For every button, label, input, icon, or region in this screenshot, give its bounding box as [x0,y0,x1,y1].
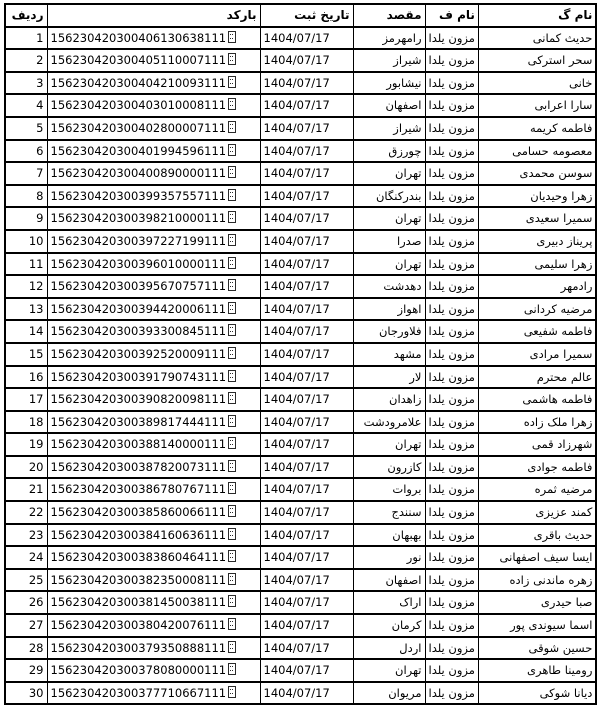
cell-row-number[interactable]: 18 [5,411,47,434]
barcode-value: 156230420300380420076111 [51,618,227,632]
cell-barcode[interactable]: 156230420300402800007111 [47,117,260,140]
missing-glyph-box-icon [228,257,236,269]
cell-name-f[interactable]: مزون یلدا [425,207,478,230]
barcode-value: 156230420300401994596111 [51,144,227,158]
table-row: صبا حیدری مزون یلدا اراک 1404/07/17 1562… [5,591,596,614]
spreadsheet-area: نام گ نام ف مقصد تاریخ ثبت بارکد ردیف حد… [4,3,600,705]
table-row: ایسا سیف اصفهانی مزون یلدا نور 1404/07/1… [5,546,596,569]
cell-row-number[interactable]: 26 [5,591,47,614]
cell-register-date[interactable]: 1404/07/17 [260,27,353,50]
table-row: سمیرا مرادی مزون یلدا مشهد 1404/07/17 15… [5,343,596,366]
cell-register-date[interactable]: 1404/07/17 [260,185,353,208]
missing-glyph-box-icon [228,347,236,359]
cell-destination[interactable]: تهران [353,162,425,185]
table-body: حدیث کمانی مزون یلدا رامهرمز 1404/07/17 … [5,27,596,705]
missing-glyph-box-icon [228,189,236,201]
cell-name-g[interactable]: فاطمه جوادی [478,456,596,479]
cell-name-f[interactable]: مزون یلدا [425,478,478,501]
cell-register-date[interactable]: 1404/07/17 [260,411,353,434]
missing-glyph-box-icon [228,482,236,494]
cell-barcode[interactable]: 156230420300388140000111 [47,433,260,456]
cell-row-number[interactable]: 13 [5,298,47,321]
cell-destination[interactable]: نور [353,546,425,569]
cell-row-number[interactable]: 14 [5,320,47,343]
cell-name-f[interactable]: مزون یلدا [425,343,478,366]
cell-barcode[interactable]: 156230420300393300845111 [47,320,260,343]
cell-name-f[interactable]: مزون یلدا [425,524,478,547]
cell-barcode[interactable]: 156230420300398210000111 [47,207,260,230]
cell-barcode[interactable]: 156230420300378080000111 [47,659,260,682]
cell-destination[interactable]: اصفهان [353,569,425,592]
barcode-value: 156230420300388140000111 [51,437,227,451]
cell-name-g[interactable]: رادمهر [478,275,596,298]
cell-name-f[interactable]: مزون یلدا [425,320,478,343]
cell-register-date[interactable]: 1404/07/17 [260,72,353,95]
cell-destination[interactable]: رامهرمز [353,27,425,50]
cell-register-date[interactable]: 1404/07/17 [260,343,353,366]
cell-barcode[interactable]: 156230420300380420076111 [47,614,260,637]
cell-name-g[interactable]: حدیث کمانی [478,27,596,50]
cell-name-g[interactable]: پریناز دبیری [478,230,596,253]
cell-name-f[interactable]: مزون یلدا [425,94,478,117]
table-row: اسما سیوندی پور مزون یلدا کرمان 1404/07/… [5,614,596,637]
cell-register-date[interactable]: 1404/07/17 [260,366,353,389]
cell-barcode[interactable]: 156230420300389817444111 [47,411,260,434]
cell-barcode[interactable]: 156230420300390820098111 [47,388,260,411]
table-row: فاطمه هاشمی مزون یلدا زاهدان 1404/07/17 … [5,388,596,411]
cell-destination[interactable]: اردل [353,637,425,660]
cell-row-number[interactable]: 23 [5,524,47,547]
missing-glyph-box-icon [228,415,236,427]
cell-name-g[interactable]: معصومه حسامی [478,140,596,163]
missing-glyph-box-icon [228,550,236,562]
cell-row-number[interactable]: 21 [5,478,47,501]
table-row: مرضیه کردانی مزون یلدا اهواز 1404/07/17 … [5,298,596,321]
missing-glyph-box-icon [228,211,236,223]
cell-destination[interactable]: اهواز [353,298,425,321]
cell-name-g[interactable]: زهرا ملک زاده [478,411,596,434]
cell-register-date[interactable]: 1404/07/17 [260,591,353,614]
cell-name-g[interactable]: سارا اعرابی [478,94,596,117]
missing-glyph-box-icon [228,234,236,246]
cell-row-number[interactable]: 24 [5,546,47,569]
column-header-register-date[interactable]: تاریخ ثبت [260,4,353,27]
barcode-value: 156230420300393300845111 [51,324,227,338]
missing-glyph-box-icon [228,76,236,88]
barcode-value: 156230420300382350008111 [51,573,227,587]
cell-destination[interactable]: کرمان [353,614,425,637]
cell-name-f[interactable]: مزون یلدا [425,388,478,411]
cell-row-number[interactable]: 10 [5,230,47,253]
cell-name-f[interactable]: مزون یلدا [425,185,478,208]
column-header-row-number[interactable]: ردیف [5,4,47,27]
column-header-name-f[interactable]: نام ف [425,4,478,27]
cell-row-number[interactable]: 15 [5,343,47,366]
cell-register-date[interactable]: 1404/07/17 [260,275,353,298]
barcode-value: 156230420300377710667111 [51,686,227,700]
cell-register-date[interactable]: 1404/07/17 [260,659,353,682]
cell-row-number[interactable]: 1 [5,27,47,50]
cell-name-g[interactable]: زهرا سلیمی [478,253,596,276]
cell-row-number[interactable]: 6 [5,140,47,163]
cell-name-f[interactable]: مزون یلدا [425,501,478,524]
missing-glyph-box-icon [228,641,236,653]
barcode-value: 156230420300397227199111 [51,234,227,248]
barcode-value: 156230420300398210000111 [51,211,227,225]
cell-barcode[interactable]: 156230420300383860464111 [47,546,260,569]
cell-register-date[interactable]: 1404/07/17 [260,298,353,321]
cell-barcode[interactable]: 156230420300405110007111 [47,49,260,72]
cell-name-g[interactable]: فاطمه هاشمی [478,388,596,411]
table-row: حدیث باقری مزون یلدا بهبهان 1404/07/17 1… [5,524,596,547]
header-row: نام گ نام ف مقصد تاریخ ثبت بارکد ردیف [5,4,596,27]
barcode-value: 156230420300395670757111 [51,279,227,293]
cell-destination[interactable]: اراک [353,591,425,614]
cell-name-f[interactable]: مزون یلدا [425,72,478,95]
table-row: کمند عزیزی مزون یلدا سنندج 1404/07/17 15… [5,501,596,524]
cell-name-g[interactable]: دیانا شوکی [478,682,596,705]
cell-barcode[interactable]: 156230420300401994596111 [47,140,260,163]
cell-destination[interactable]: مریوان [353,682,425,705]
cell-destination[interactable]: شیراز [353,49,425,72]
cell-barcode[interactable]: 156230420300397227199111 [47,230,260,253]
cell-register-date[interactable]: 1404/07/17 [260,614,353,637]
cell-name-f[interactable]: مزون یلدا [425,162,478,185]
cell-row-number[interactable]: 20 [5,456,47,479]
cell-row-number[interactable]: 22 [5,501,47,524]
cell-name-f[interactable]: مزون یلدا [425,117,478,140]
barcode-value: 156230420300394420006111 [51,302,227,316]
cell-barcode[interactable]: 156230420300400890000111 [47,162,260,185]
cell-destination[interactable]: زاهدان [353,388,425,411]
cell-destination[interactable]: تهران [353,433,425,456]
barcode-value: 156230420300399357557111 [51,189,227,203]
cell-row-number[interactable]: 8 [5,185,47,208]
cell-barcode[interactable]: 156230420300386780767111 [47,478,260,501]
cell-barcode[interactable]: 156230420300403010008111 [47,94,260,117]
cell-name-f[interactable]: مزون یلدا [425,140,478,163]
cell-name-f[interactable]: مزون یلدا [425,433,478,456]
table-row: زهره ماندنی زاده مزون یلدا اصفهان 1404/0… [5,569,596,592]
cell-name-f[interactable]: مزون یلدا [425,49,478,72]
barcode-value: 156230420300389817444111 [51,415,227,429]
barcode-value: 156230420300402800007111 [51,121,227,135]
missing-glyph-box-icon [228,528,236,540]
cell-name-g[interactable]: عالم محترم [478,366,596,389]
cell-barcode[interactable]: 156230420300384160636111 [47,524,260,547]
table-row: زهرا وحیدیان مزون یلدا بندرکنگان 1404/07… [5,185,596,208]
table-row: سارا اعرابی مزون یلدا اصفهان 1404/07/17 … [5,94,596,117]
missing-glyph-box-icon [228,437,236,449]
barcode-value: 156230420300383860464111 [51,550,227,564]
cell-row-number[interactable]: 5 [5,117,47,140]
cell-register-date[interactable]: 1404/07/17 [260,230,353,253]
table-row: شهرزاد قمی مزون یلدا تهران 1404/07/17 15… [5,433,596,456]
cell-barcode[interactable]: 156230420300385860066111 [47,501,260,524]
missing-glyph-box-icon [228,686,236,698]
cell-name-f[interactable]: مزون یلدا [425,230,478,253]
cell-destination[interactable]: مشهد [353,343,425,366]
missing-glyph-box-icon [228,121,236,133]
cell-name-f[interactable]: مزون یلدا [425,366,478,389]
column-header-name-g[interactable]: نام گ [478,4,596,27]
table-row: حسین شوقی مزون یلدا اردل 1404/07/17 1562… [5,637,596,660]
cell-register-date[interactable]: 1404/07/17 [260,140,353,163]
cell-destination[interactable]: صدرا [353,230,425,253]
barcode-value: 156230420300392520009111 [51,347,227,361]
barcode-value: 156230420300381450038111 [51,595,227,609]
cell-name-g[interactable]: فاطمه کریمه [478,117,596,140]
cell-destination[interactable]: تهران [353,207,425,230]
cell-row-number[interactable]: 11 [5,253,47,276]
cell-name-g[interactable]: سوسن محمدی [478,162,596,185]
cell-name-f[interactable]: مزون یلدا [425,637,478,660]
table-row: خانی مزون یلدا نیشابور 1404/07/17 156230… [5,72,596,95]
cell-row-number[interactable]: 4 [5,94,47,117]
missing-glyph-box-icon [228,573,236,585]
missing-glyph-box-icon [228,618,236,630]
cell-name-f[interactable]: مزون یلدا [425,591,478,614]
cell-name-f[interactable]: مزون یلدا [425,546,478,569]
missing-glyph-box-icon [228,166,236,178]
cell-destination[interactable]: نیشابور [353,72,425,95]
cell-destination[interactable]: فلاورجان [353,320,425,343]
cell-name-f[interactable]: مزون یلدا [425,614,478,637]
cell-destination[interactable]: تهران [353,659,425,682]
column-header-barcode[interactable]: بارکد [47,4,260,27]
cell-register-date[interactable]: 1404/07/17 [260,388,353,411]
table-row: معصومه حسامی مزون یلدا چورزق 1404/07/17 … [5,140,596,163]
cell-register-date[interactable]: 1404/07/17 [260,478,353,501]
cell-name-g[interactable]: خانی [478,72,596,95]
table-row: دیانا شوکی مزون یلدا مریوان 1404/07/17 1… [5,682,596,705]
cell-row-number[interactable]: 17 [5,388,47,411]
cell-destination[interactable]: اصفهان [353,94,425,117]
cell-name-g[interactable]: ایسا سیف اصفهانی [478,546,596,569]
cell-register-date[interactable]: 1404/07/17 [260,524,353,547]
column-header-destination[interactable]: مقصد [353,4,425,27]
missing-glyph-box-icon [228,53,236,65]
barcode-value: 156230420300405110007111 [51,53,227,67]
missing-glyph-box-icon [228,279,236,291]
table-row: عالم محترم مزون یلدا لار 1404/07/17 1562… [5,366,596,389]
barcode-value: 156230420300390820098111 [51,392,227,406]
cell-row-number[interactable]: 9 [5,207,47,230]
cell-destination[interactable]: لار [353,366,425,389]
cell-destination[interactable]: شیراز [353,117,425,140]
cell-row-number[interactable]: 3 [5,72,47,95]
cell-name-g[interactable]: زهرا وحیدیان [478,185,596,208]
cell-register-date[interactable]: 1404/07/17 [260,637,353,660]
missing-glyph-box-icon [228,460,236,472]
cell-name-f[interactable]: مزون یلدا [425,298,478,321]
cell-destination[interactable]: دهدشت [353,275,425,298]
cell-destination[interactable]: سنندج [353,501,425,524]
cell-row-number[interactable]: 30 [5,682,47,705]
missing-glyph-box-icon [228,98,236,110]
cell-register-date[interactable]: 1404/07/17 [260,456,353,479]
cell-row-number[interactable]: 2 [5,49,47,72]
missing-glyph-box-icon [228,392,236,404]
cell-barcode[interactable]: 156230420300377710667111 [47,682,260,705]
barcode-value: 156230420300378080000111 [51,663,227,677]
barcode-value: 156230420300379350888111 [51,641,227,655]
table-row: فاطمه جوادی مزون یلدا کازرون 1404/07/17 … [5,456,596,479]
cell-destination[interactable]: بروات [353,478,425,501]
cell-name-f[interactable]: مزون یلدا [425,27,478,50]
cell-row-number[interactable]: 27 [5,614,47,637]
cell-name-g[interactable]: زهره ماندنی زاده [478,569,596,592]
cell-destination[interactable]: بهبهان [353,524,425,547]
cell-row-number[interactable]: 29 [5,659,47,682]
barcode-value: 156230420300385860066111 [51,505,227,519]
cell-barcode[interactable]: 156230420300391790743111 [47,366,260,389]
table-row: رومینا طاهری مزون یلدا تهران 1404/07/17 … [5,659,596,682]
table-row: مرضیه ثمره مزون یلدا بروات 1404/07/17 15… [5,478,596,501]
cell-name-g[interactable]: فاطمه شفیعی [478,320,596,343]
cell-register-date[interactable]: 1404/07/17 [260,501,353,524]
cell-register-date[interactable]: 1404/07/17 [260,207,353,230]
cell-barcode[interactable]: 156230420300396010000111 [47,253,260,276]
cell-name-g[interactable]: حسین شوقی [478,637,596,660]
missing-glyph-box-icon [228,505,236,517]
cell-name-g[interactable]: صبا حیدری [478,591,596,614]
missing-glyph-box-icon [228,302,236,314]
shipments-table: نام گ نام ف مقصد تاریخ ثبت بارکد ردیف حد… [4,3,597,705]
barcode-value: 156230420300386780767111 [51,482,227,496]
cell-register-date[interactable]: 1404/07/17 [260,94,353,117]
cell-destination[interactable]: بندرکنگان [353,185,425,208]
table-row: فاطمه کریمه مزون یلدا شیراز 1404/07/17 1… [5,117,596,140]
cell-name-f[interactable]: مزون یلدا [425,275,478,298]
cell-name-g[interactable]: سمیرا سعیدی [478,207,596,230]
cell-name-g[interactable]: سمیرا مرادی [478,343,596,366]
cell-register-date[interactable]: 1404/07/17 [260,49,353,72]
table-row: سحر استرکی مزون یلدا شیراز 1404/07/17 15… [5,49,596,72]
cell-row-number[interactable]: 25 [5,569,47,592]
table-row: حدیث کمانی مزون یلدا رامهرمز 1404/07/17 … [5,27,596,50]
cell-destination[interactable]: چورزق [353,140,425,163]
cell-destination[interactable]: علامرودشت [353,411,425,434]
table-row: سوسن محمدی مزون یلدا تهران 1404/07/17 15… [5,162,596,185]
cell-register-date[interactable]: 1404/07/17 [260,682,353,705]
cell-name-g[interactable]: حدیث باقری [478,524,596,547]
cell-name-f[interactable]: مزون یلدا [425,456,478,479]
table-row: فاطمه شفیعی مزون یلدا فلاورجان 1404/07/1… [5,320,596,343]
cell-barcode[interactable]: 156230420300379350888111 [47,637,260,660]
cell-row-number[interactable]: 7 [5,162,47,185]
cell-register-date[interactable]: 1404/07/17 [260,162,353,185]
table-row: رادمهر مزون یلدا دهدشت 1404/07/17 156230… [5,275,596,298]
cell-destination[interactable]: تهران [353,253,425,276]
barcode-value: 156230420300384160636111 [51,528,227,542]
cell-register-date[interactable]: 1404/07/17 [260,546,353,569]
barcode-value: 156230420300406130638111 [51,31,227,45]
cell-register-date[interactable]: 1404/07/17 [260,320,353,343]
cell-name-g[interactable]: مرضیه ثمره [478,478,596,501]
table-row: پریناز دبیری مزون یلدا صدرا 1404/07/17 1… [5,230,596,253]
cell-name-f[interactable]: مزون یلدا [425,411,478,434]
barcode-value: 156230420300400890000111 [51,166,227,180]
barcode-value: 156230420300387820073111 [51,460,227,474]
table-row: زهرا سلیمی مزون یلدا تهران 1404/07/17 15… [5,253,596,276]
cell-barcode[interactable]: 156230420300387820073111 [47,456,260,479]
cell-name-g[interactable]: شهرزاد قمی [478,433,596,456]
cell-destination[interactable]: کازرون [353,456,425,479]
cell-name-g[interactable]: اسما سیوندی پور [478,614,596,637]
missing-glyph-box-icon [228,31,236,43]
cell-name-f[interactable]: مزون یلدا [425,569,478,592]
cell-name-f[interactable]: مزون یلدا [425,253,478,276]
cell-row-number[interactable]: 19 [5,433,47,456]
cell-name-g[interactable]: کمند عزیزی [478,501,596,524]
missing-glyph-box-icon [228,144,236,156]
cell-barcode[interactable]: 156230420300382350008111 [47,569,260,592]
missing-glyph-box-icon [228,370,236,382]
cell-barcode[interactable]: 156230420300381450038111 [47,591,260,614]
cell-register-date[interactable]: 1404/07/17 [260,433,353,456]
cell-register-date[interactable]: 1404/07/17 [260,117,353,140]
barcode-value: 156230420300396010000111 [51,257,227,271]
missing-glyph-box-icon [228,663,236,675]
cell-barcode[interactable]: 156230420300394420006111 [47,298,260,321]
cell-barcode[interactable]: 156230420300392520009111 [47,343,260,366]
cell-row-number[interactable]: 12 [5,275,47,298]
table-row: سمیرا سعیدی مزون یلدا تهران 1404/07/17 1… [5,207,596,230]
missing-glyph-box-icon [228,595,236,607]
cell-name-f[interactable]: مزون یلدا [425,682,478,705]
cell-register-date[interactable]: 1404/07/17 [260,253,353,276]
missing-glyph-box-icon [228,324,236,336]
cell-name-g[interactable]: سحر استرکی [478,49,596,72]
table-row: زهرا ملک زاده مزون یلدا علامرودشت 1404/0… [5,411,596,434]
barcode-value: 156230420300403010008111 [51,98,227,112]
cell-name-g[interactable]: رومینا طاهری [478,659,596,682]
cell-name-f[interactable]: مزون یلدا [425,659,478,682]
cell-row-number[interactable]: 28 [5,637,47,660]
cell-name-g[interactable]: مرضیه کردانی [478,298,596,321]
cell-row-number[interactable]: 16 [5,366,47,389]
cell-barcode[interactable]: 156230420300395670757111 [47,275,260,298]
cell-barcode[interactable]: 156230420300399357557111 [47,185,260,208]
cell-barcode[interactable]: 156230420300404210093111 [47,72,260,95]
barcode-value: 156230420300404210093111 [51,76,227,90]
barcode-value: 156230420300391790743111 [51,370,227,384]
cell-register-date[interactable]: 1404/07/17 [260,569,353,592]
cell-barcode[interactable]: 156230420300406130638111 [47,27,260,50]
